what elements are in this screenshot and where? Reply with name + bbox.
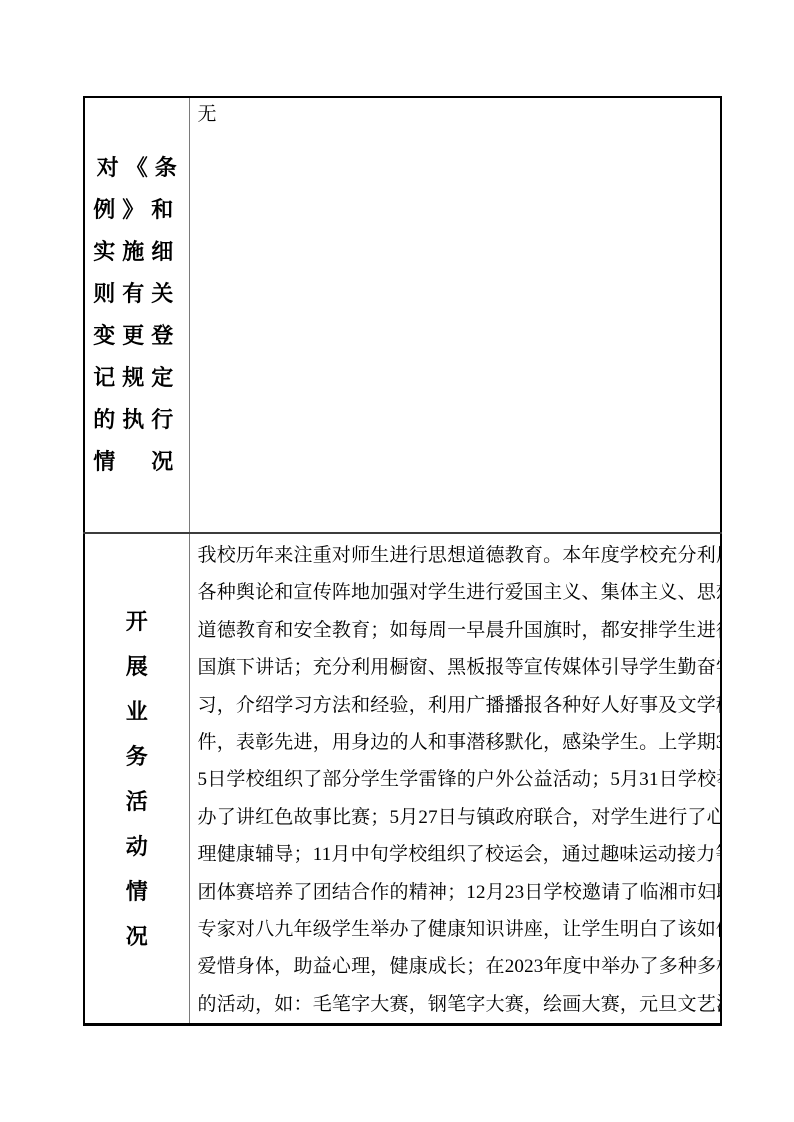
regulations-label: 对《条 例》和 实施细 则有关 变更登 记规定 的执行 情 况 — [85, 147, 189, 483]
activities-label-cell: 开 展 业 务 活 动 情 况 — [84, 533, 189, 1025]
document-page: 对《条 例》和 实施细 则有关 变更登 记规定 的执行 情 况 无 开 展 业 … — [0, 0, 794, 1122]
registration-form-table: 对《条 例》和 实施细 则有关 变更登 记规定 的执行 情 况 无 开 展 业 … — [83, 96, 722, 1026]
regulations-label-cell: 对《条 例》和 实施细 则有关 变更登 记规定 的执行 情 况 — [84, 97, 189, 533]
table-row-activities: 开 展 业 务 活 动 情 况 我校历年来注重对师生进行思想道德教育。本年度学校… — [84, 533, 721, 1025]
activities-content: 我校历年来注重对师生进行思想道德教育。本年度学校充分利用 各种舆论和宣传阵地加强… — [198, 537, 713, 1023]
activities-label: 开 展 业 务 活 动 情 况 — [85, 599, 189, 959]
regulations-content-cell: 无 — [189, 97, 721, 533]
regulations-content: 无 — [198, 101, 713, 128]
activities-content-cell: 我校历年来注重对师生进行思想道德教育。本年度学校充分利用 各种舆论和宣传阵地加强… — [189, 533, 721, 1025]
table-row-regulations: 对《条 例》和 实施细 则有关 变更登 记规定 的执行 情 况 无 — [84, 97, 721, 533]
